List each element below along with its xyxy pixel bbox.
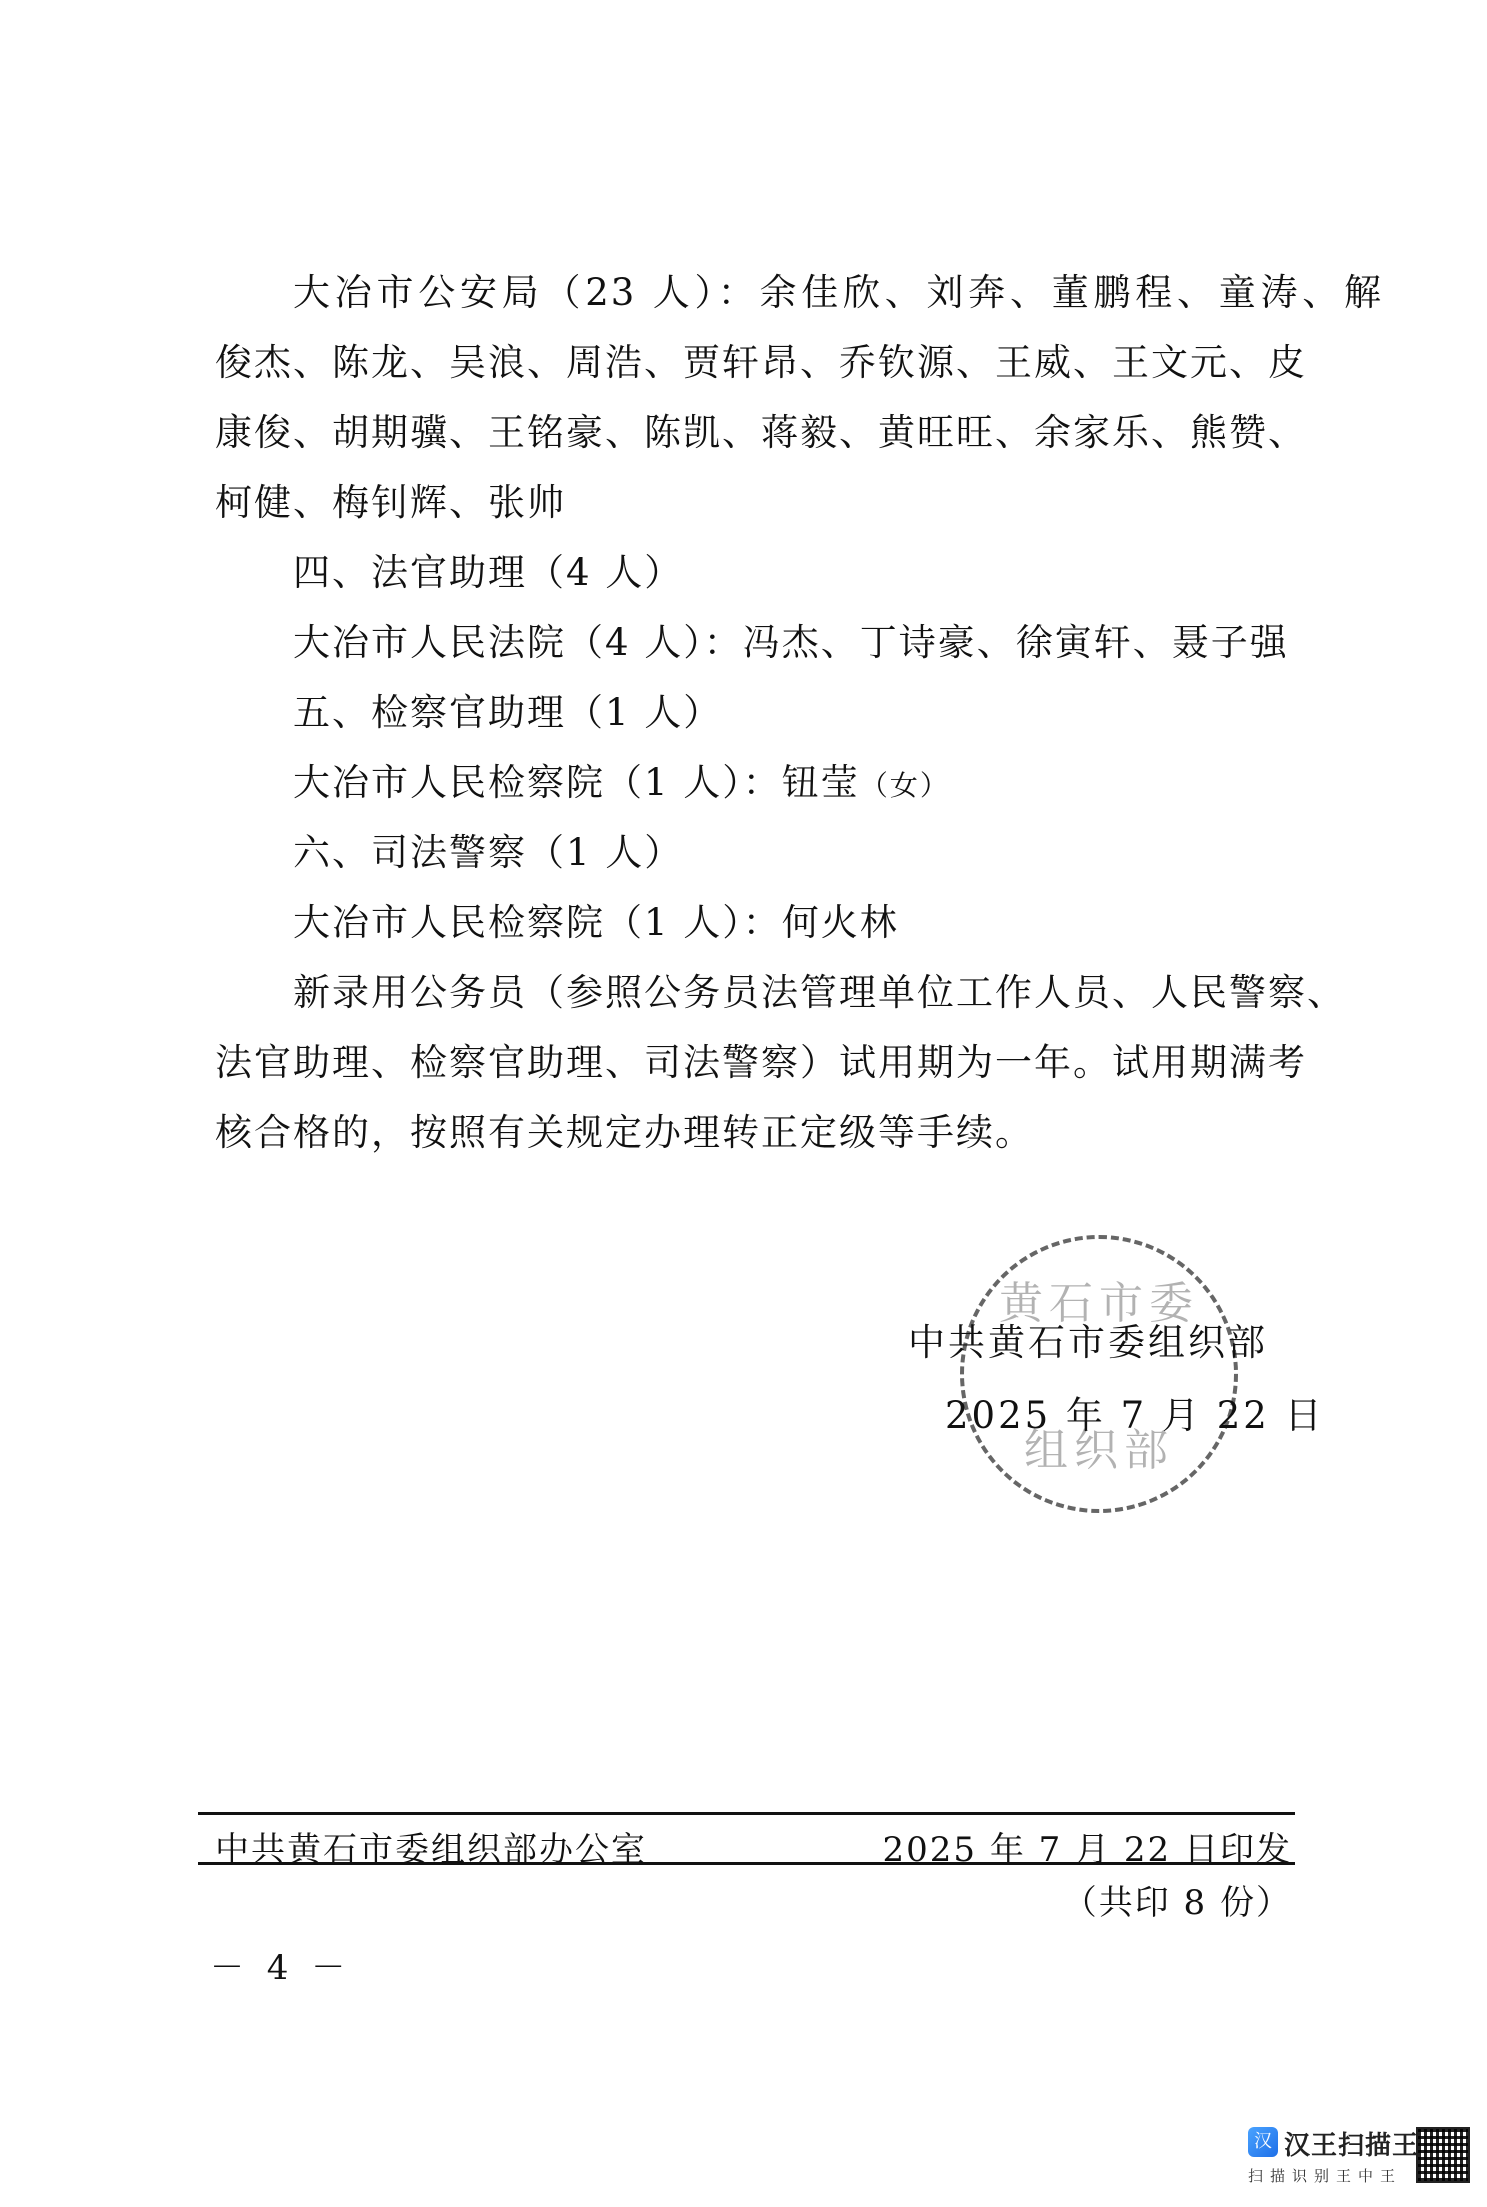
page-number: － 4 －: [210, 1940, 351, 1989]
section-6-procuratorate-list: 大冶市人民检察院（1 人）：何火林: [293, 898, 1383, 948]
police-list-line-4: 柯健、梅钊辉、张帅: [215, 478, 1305, 528]
section-6-heading: 六、司法警察（1 人）: [293, 828, 1383, 878]
footer-copies: （共印 8 份）: [1063, 1875, 1292, 1924]
signature-date: 2025 年 7 月 22 日: [945, 1385, 1325, 1439]
scanner-watermark: 汉 汉王扫描王 扫描识别王中王: [1248, 2125, 1458, 2185]
footer-bottom-rule: [198, 1862, 1295, 1865]
section-5-line-text: 大冶市人民检察院（1 人）：钮莹: [293, 761, 860, 804]
gender-note: （女）: [860, 769, 950, 802]
section-5-heading: 五、检察官助理（1 人）: [293, 688, 1383, 738]
police-list-line-2: 俊杰、陈龙、吴浪、周浩、贾轩昂、乔钦源、王威、王文元、皮: [215, 338, 1305, 388]
section-5-procuratorate-list: 大冶市人民检察院（1 人）：钮莹（女）: [293, 758, 1383, 811]
closing-paragraph-line-1: 新录用公务员（参照公务员法管理单位工作人员、人民警察、: [293, 968, 1305, 1018]
watermark-brand: 汉王扫描王: [1284, 2125, 1419, 2162]
signature-organization: 中共黄石市委组织部: [908, 1312, 1268, 1366]
section-4-heading: 四、法官助理（4 人）: [293, 548, 1383, 598]
footer-top-rule: [198, 1812, 1295, 1815]
closing-paragraph-line-2: 法官助理、检察官助理、司法警察）试用期为一年。试用期满考: [215, 1038, 1305, 1088]
closing-paragraph-line-3: 核合格的，按照有关规定办理转正定级等手续。: [215, 1108, 1305, 1158]
police-list-line-3: 康俊、胡期骥、王铭豪、陈凯、蒋毅、黄旺旺、余家乐、熊赞、: [215, 408, 1305, 458]
section-4-court-list: 大冶市人民法院（4 人）：冯杰、丁诗豪、徐寅轩、聂子强: [293, 618, 1383, 668]
qr-code-icon: [1416, 2127, 1470, 2183]
watermark-slogan: 扫描识别王中王: [1248, 2165, 1402, 2186]
hanwang-logo-icon: 汉: [1248, 2127, 1278, 2157]
police-list-line-1: 大冶市公安局（23 人）：余佳欣、刘奔、董鹏程、童涛、解: [293, 268, 1383, 318]
document-page: 大冶市公安局（23 人）：余佳欣、刘奔、董鹏程、童涛、解 俊杰、陈龙、吴浪、周浩…: [0, 0, 1487, 2207]
official-seal-stamp: 黄石市委 组织部: [960, 1235, 1238, 1513]
